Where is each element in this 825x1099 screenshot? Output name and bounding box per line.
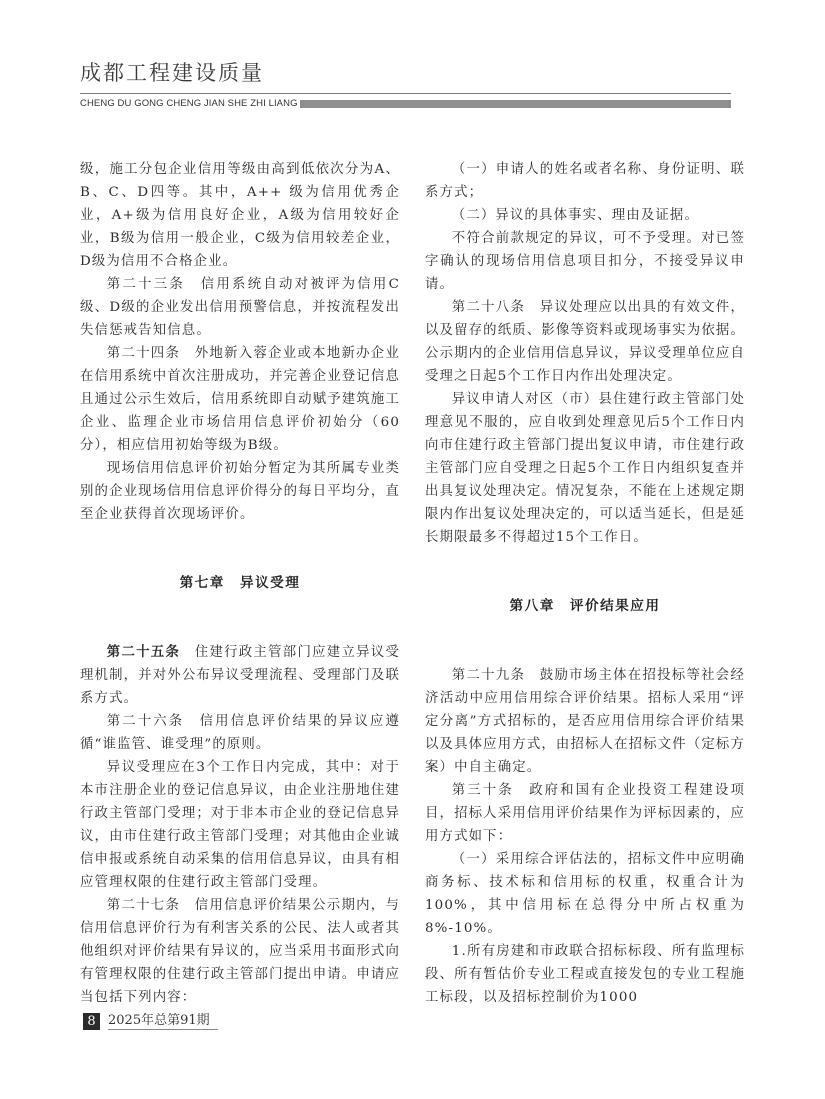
spacer [425, 641, 745, 664]
journal-title: 成都工程建设质量 [80, 60, 731, 86]
article-30: 第三十条 政府和国有企业投资工程建设项目，招标人采用信用评价结果作为评标因素的，… [425, 779, 745, 848]
paragraph: 级，施工分包企业信用等级由高到低依次分为A、B、C、D四等。其中，A++ 级为信… [80, 158, 400, 273]
paragraph: 异议申请人对区（市）县住建行政主管部门处理意见不服的，应自收到处理意见后5个工作… [425, 388, 745, 549]
page-header: 成都工程建设质量 CHENG DU GONG CHENG JIAN SHE ZH… [80, 60, 731, 86]
left-column: 级，施工分包企业信用等级由高到低依次分为A、B、C、D四等。其中，A++ 级为信… [80, 158, 400, 1009]
article-23: 第二十三条 信用系统自动对被评为信用C级、D级的企业发出信用预警信息，并按流程发… [80, 273, 400, 342]
journal-pinyin: CHENG DU GONG CHENG JIAN SHE ZHI LIANG [80, 98, 298, 110]
issue-label: 2025年总第91期 [108, 1012, 218, 1030]
spacer [80, 595, 400, 618]
article-29: 第二十九条 鼓励市场主体在招投标等社会经济活动中应用信用综合评价结果。招标人采用… [425, 664, 745, 779]
spacer [425, 549, 745, 572]
spacer [80, 549, 400, 572]
paragraph: 现场信用信息评价初始分暂定为其所属专业类别的企业现场信用信息评价得分的每日平均分… [80, 457, 400, 526]
list-item: （二）异议的具体事实、理由及证据。 [425, 204, 745, 227]
article-27: 第二十七条 信用信息评价结果公示期内，与信用信息评价行为有利害关系的公民、法人或… [80, 894, 400, 1009]
spacer [80, 526, 400, 549]
list-item: （一）采用综合评估法的，招标文件中应明确商务标、技术标和信用标的权重，权重合计为… [425, 848, 745, 940]
spacer [425, 618, 745, 641]
list-item: （一）申请人的姓名或者名称、身份证明、联系方式； [425, 158, 745, 204]
article-28: 第二十八条 异议处理应以出具的有效文件，以及留存的纸质、影像等资料或现场事实为依… [425, 296, 745, 388]
spacer [425, 572, 745, 595]
list-item: 1.所有房建和市政联合招标标段、所有监理标段、所有暂估价专业工程或直接发包的专业… [425, 940, 745, 1009]
article-26: 第二十六条 信用信息评价结果的异议应遵循“谁监管、谁受理”的原则。 [80, 710, 400, 756]
article-24: 第二十四条 外地新入蓉企业或本地新办企业在信用系统中首次注册成功，并完善企业登记… [80, 342, 400, 457]
paragraph: 异议受理应在3个工作日内完成，其中：对于本市注册企业的登记信息异议，由企业注册地… [80, 756, 400, 894]
page-number: 8 [83, 1013, 100, 1030]
spacer [80, 618, 400, 641]
header-decorative-bar [300, 100, 731, 108]
header-subtitle-row: CHENG DU GONG CHENG JIAN SHE ZHI LIANG [80, 98, 731, 110]
paragraph: 不符合前款规定的异议，可不予受理。对已签字确认的现场信用信息项目扣分，不接受异议… [425, 227, 745, 296]
page-footer: 8 2025年总第91期 [83, 1012, 218, 1030]
article-25: 第二十五条 住建行政主管部门应建立异议受理机制，并对外公布异议受理流程、受理部门… [80, 641, 400, 710]
chapter-7-heading: 第七章 异议受理 [80, 572, 400, 595]
article-number: 第二十五条 [107, 644, 180, 660]
right-column: （一）申请人的姓名或者名称、身份证明、联系方式； （二）异议的具体事实、理由及证… [425, 158, 745, 1009]
header-divider [80, 93, 731, 94]
chapter-8-heading: 第八章 评价结果应用 [425, 595, 745, 618]
